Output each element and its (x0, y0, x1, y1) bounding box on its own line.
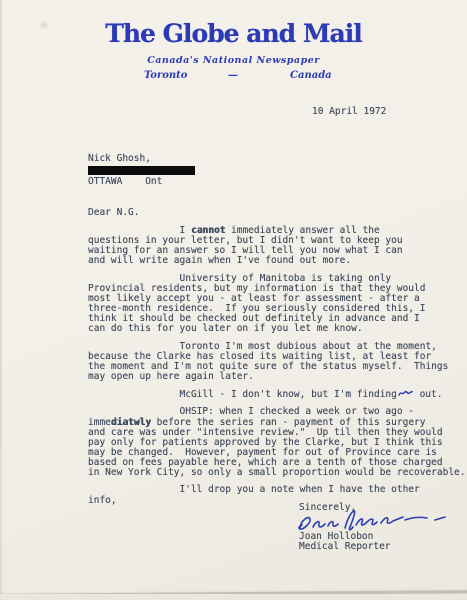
letter-body: I cannot immediately answer all the ques… (88, 226, 467, 506)
masthead-city-right: Canada (290, 70, 332, 81)
masthead-tagline: Canada's National Newspaper (0, 55, 467, 66)
paragraph-5-post: before the series ran - payment of this … (88, 417, 466, 479)
paragraph-6: I'll drop you a note when I have the oth… (88, 485, 467, 505)
masthead-title: The Globe and Mail (0, 19, 467, 48)
paragraph-4-pre: McGill - I don't know, but I'm finding (88, 389, 397, 400)
paragraph-3: Toronto I'm most dubious about at the mo… (88, 342, 467, 383)
salutation: Dear N.G. (88, 208, 139, 218)
recipient-block: Nick Ghosh, OTTAWA Ont (88, 154, 195, 187)
letter-page: The Globe and Mail Canada's National New… (0, 0, 467, 600)
paragraph-1: I cannot immediately answer all the ques… (88, 226, 467, 267)
scan-edge-left (0, 0, 3, 600)
ink-scribble (398, 389, 413, 398)
date-line: 10 April 1972 (312, 107, 386, 117)
paragraph-2: University of Manitoba is taking only Pr… (88, 274, 467, 335)
signoff-title: Medical Reporter (299, 542, 391, 552)
recipient-city: OTTAWA Ont (88, 177, 195, 187)
paragraph-4-post: out. (414, 389, 443, 400)
redaction-bar (88, 166, 195, 175)
paragraph-5: OHSIP: when I checked a week or two ago … (88, 407, 467, 478)
scan-strip-bottom (0, 594, 467, 600)
masthead-city-left: Toronto (144, 70, 187, 81)
paragraph-4: McGill - I don't know, but I'm finding o… (88, 389, 467, 400)
recipient-name: Nick Ghosh, (88, 154, 195, 164)
signoff-block: Joan Hollobon Medical Reporter (299, 532, 391, 552)
masthead-separator: — (228, 70, 238, 81)
